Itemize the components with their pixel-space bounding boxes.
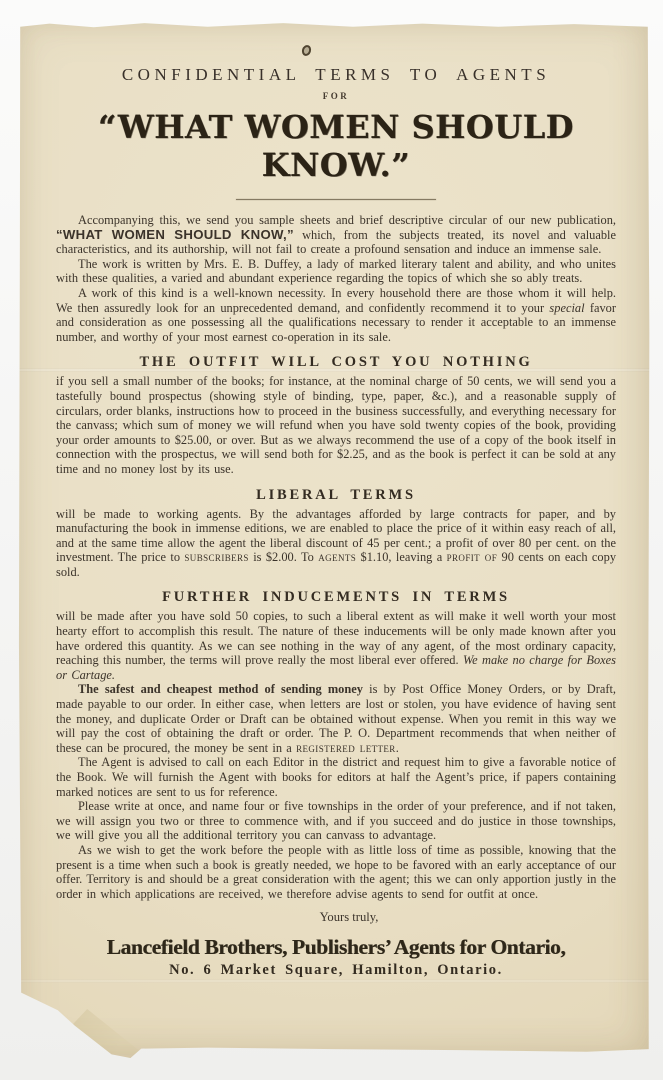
paper-crease: [18, 979, 650, 983]
document-content: CONFIDENTIAL TERMS TO AGENTS FOR “WHAT W…: [18, 21, 650, 979]
handwriting-bleedthrough: SAMPLES PAPERS 1871-Confidential: [650, 0, 663, 112]
further-paragraph-3: The Agent is advised to call on each Edi…: [56, 755, 616, 799]
handwriting-line: PAPERS: [656, 21, 663, 93]
further-paragraph-1: will be made after you have sold 50 copi…: [56, 609, 616, 682]
intro-paragraph-2: The work is written by Mrs. E. B. Duffey…: [56, 257, 616, 286]
folded-corner: [62, 1009, 146, 1057]
signature-address: No. 6 Market Square, Hamilton, Ontario.: [56, 962, 616, 979]
further-paragraph-2: The safest and cheapest method of sendin…: [56, 682, 616, 755]
section-heading-outfit: THE OUTFIT WILL COST YOU NOTHING: [56, 354, 616, 371]
further-paragraph-4: Please write at once, and name four or f…: [56, 799, 616, 843]
section-liberal-terms-paragraph: will be made to working agents. By the a…: [56, 507, 616, 580]
for-label: FOR: [56, 91, 616, 101]
document-kicker: CONFIDENTIAL TERMS TO AGENTS: [56, 65, 616, 85]
intro-paragraph-1: Accompanying this, we send you sample sh…: [56, 213, 616, 257]
signature-name: Lancefield Brothers, Publishers’ Agents …: [56, 935, 616, 960]
section-heading-liberal-terms: LIBERAL TERMS: [56, 487, 616, 504]
scan-background: SAMPLES PAPERS 1871-Confidential CONFIDE…: [0, 0, 663, 1080]
title-divider: [236, 199, 436, 200]
section-heading-further-inducements: FURTHER INDUCEMENTS IN TERMS: [56, 589, 616, 606]
section-outfit-paragraph: if you sell a small number of the books;…: [56, 374, 616, 476]
intro-paragraph-3: A work of this kind is a well-known nece…: [56, 286, 616, 344]
handwriting-line: SAMPLES: [650, 0, 663, 68]
closing-salutation: Yours truly,: [56, 910, 616, 925]
document-paper: SAMPLES PAPERS 1871-Confidential CONFIDE…: [18, 21, 650, 1059]
document-title: “WHAT WOMEN SHOULD KNOW.”: [56, 108, 616, 184]
further-paragraph-5: As we wish to get the work before the pe…: [56, 843, 616, 901]
